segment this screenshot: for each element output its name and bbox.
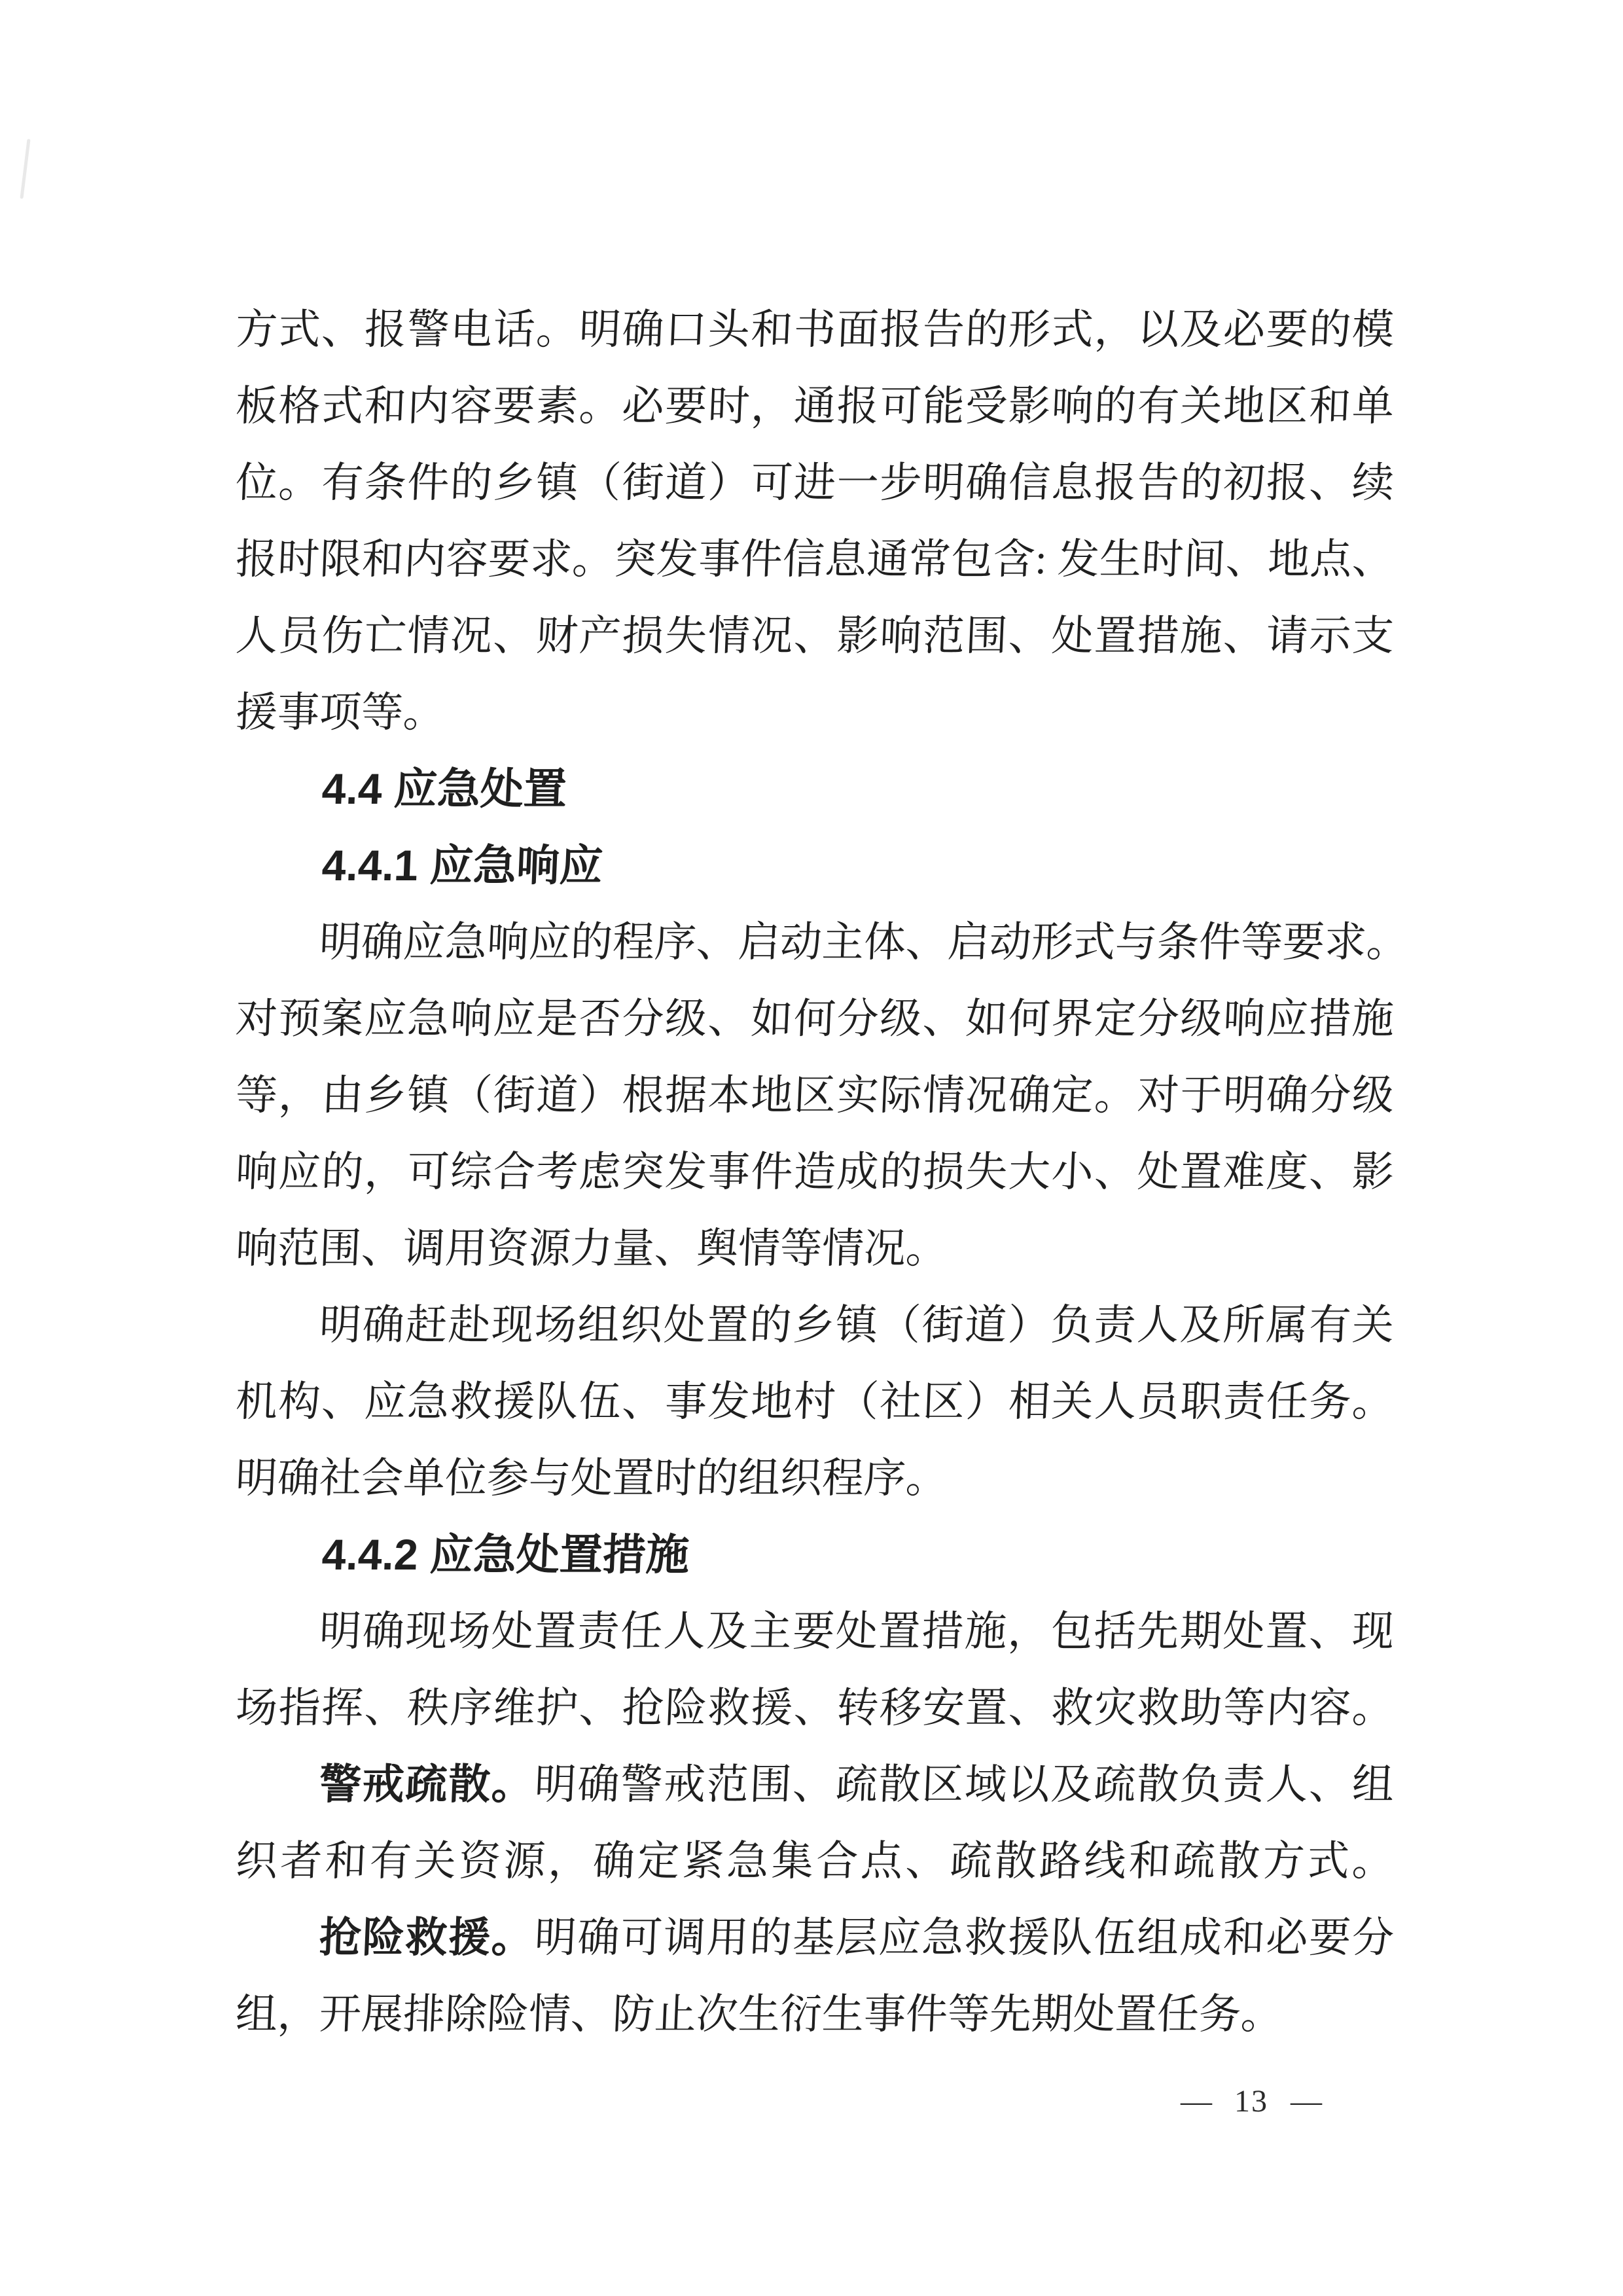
lead-line-rest: 明确可调用的基层应急救援队伍组成和必要分	[533, 1914, 1395, 1961]
footer-dash-left: —	[1181, 2083, 1212, 2119]
text-line: 报时限和内容要求。突发事件信息通常包含: 发生时间、地点、	[234, 521, 1396, 598]
text-line: 场指挥、秩序维护、抢险救援、转移安置、救灾救助等内容。	[234, 1670, 1396, 1746]
bold-lead-jingjie-shusan: 警戒疏散。	[319, 1761, 536, 1808]
bold-lead-qiangxian-jiuyuan: 抢险救援。	[319, 1914, 536, 1961]
scan-artifact	[20, 139, 30, 199]
text-line: 明确应急响应的程序、启动主体、启动形式与条件等要求。	[234, 904, 1396, 980]
text-line: 板格式和内容要素。必要时，通报可能受影响的有关地区和单	[234, 368, 1396, 444]
text-line: 等，由乡镇（街道）根据本地区实际情况确定。对于明确分级	[234, 1057, 1396, 1134]
text-line: 援事项等。	[234, 674, 1396, 751]
section-heading-4-4-2: 4.4.2 应急处置措施	[234, 1516, 1396, 1593]
document-page: 方式、报警电话。明确口头和书面报告的形式，以及必要的模 板格式和内容要素。必要时…	[0, 0, 1623, 2296]
text-line: 位。有条件的乡镇（街道）可进一步明确信息报告的初报、续	[234, 444, 1396, 521]
lead-line-rest: 明确警戒范围、疏散区域以及疏散负责人、组	[533, 1761, 1395, 1808]
text-line: 人员伤亡情况、财产损失情况、影响范围、处置措施、请示支	[234, 598, 1396, 674]
text-line: 机构、应急救援队伍、事发地村（社区）相关人员职责任务。	[234, 1363, 1396, 1440]
document-body: 方式、报警电话。明确口头和书面报告的形式，以及必要的模 板格式和内容要素。必要时…	[236, 291, 1394, 2053]
text-line: 明确现场处置责任人及主要处置措施，包括先期处置、现	[234, 1593, 1396, 1670]
page-footer: — 13 —	[1181, 2081, 1322, 2121]
text-line: 组，开展排除险情、防止次生衍生事件等先期处置任务。	[234, 1976, 1396, 2053]
footer-dash-right: —	[1291, 2083, 1322, 2119]
text-line: 响应的，可综合考虑突发事件造成的损失大小、处置难度、影	[234, 1134, 1396, 1210]
text-line: 警戒疏散。明确警戒范围、疏散区域以及疏散负责人、组	[234, 1746, 1396, 1823]
text-line: 明确赶赴现场组织处置的乡镇（街道）负责人及所属有关	[234, 1287, 1396, 1363]
text-line: 织者和有关资源，确定紧急集合点、疏散路线和疏散方式。	[234, 1823, 1396, 1899]
text-line: 对预案应急响应是否分级、如何分级、如何界定分级响应措施	[234, 980, 1396, 1057]
text-line: 方式、报警电话。明确口头和书面报告的形式，以及必要的模	[234, 291, 1396, 368]
section-heading-4-4: 4.4 应急处置	[234, 751, 1396, 827]
text-line: 抢险救援。明确可调用的基层应急救援队伍组成和必要分	[234, 1899, 1396, 1976]
section-heading-4-4-1: 4.4.1 应急响应	[234, 827, 1396, 904]
text-line: 明确社会单位参与处置时的组织程序。	[234, 1440, 1396, 1516]
page-number: 13	[1234, 2083, 1268, 2119]
text-line: 响范围、调用资源力量、舆情等情况。	[234, 1210, 1396, 1287]
